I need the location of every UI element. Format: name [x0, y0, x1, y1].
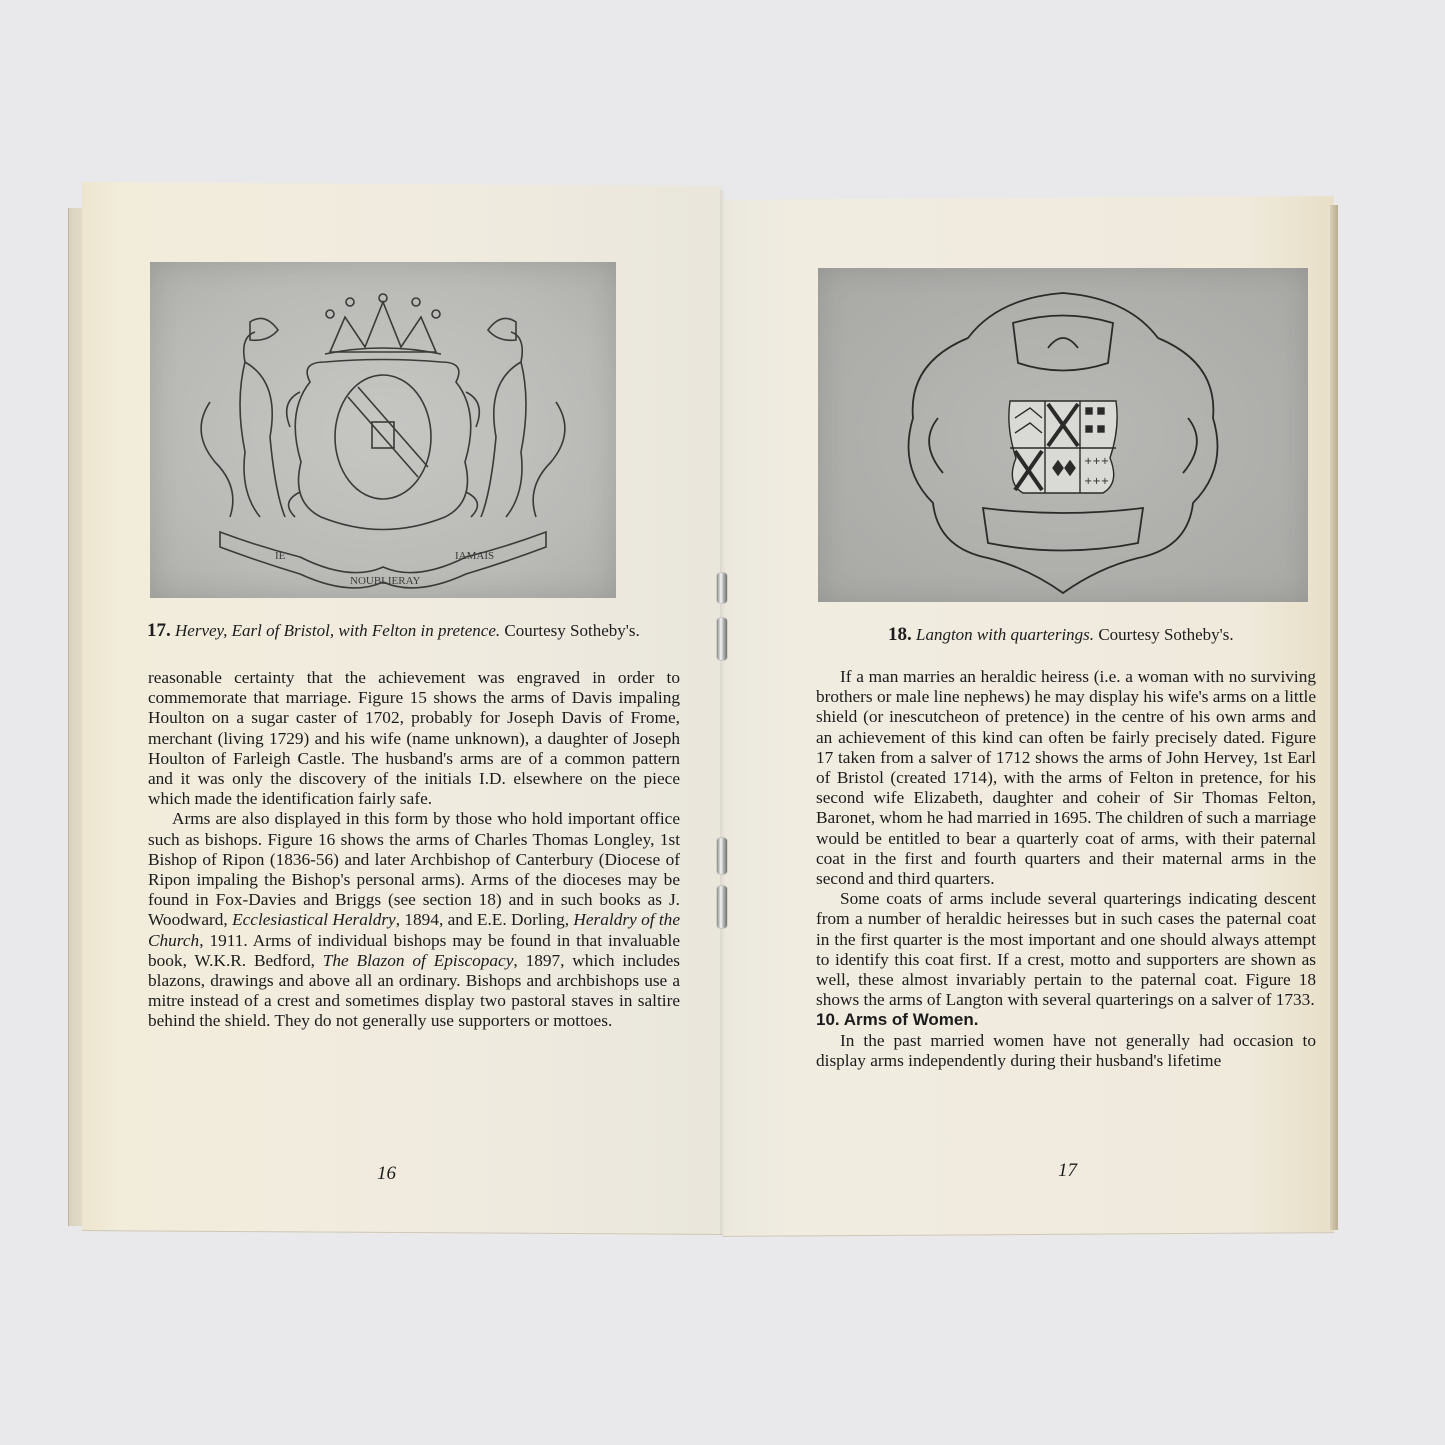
figure-title: Hervey, Earl of Bristol, with Felton in … — [175, 621, 500, 640]
open-booklet: IE NOUBLIERAY IAMAIS 17. Hervey, Earl of… — [0, 0, 1445, 1445]
staple-bottom-upper — [717, 838, 727, 874]
figure-number: 17. — [147, 620, 171, 641]
figure-17-caption: 17. Hervey, Earl of Bristol, with Felton… — [147, 620, 640, 642]
paragraph: reasonable certainty that the achievemen… — [148, 668, 680, 809]
staple-top-lower — [717, 618, 727, 660]
section-heading: 10. Arms of Women. — [816, 1010, 1316, 1030]
staple-bottom-lower — [717, 886, 727, 928]
book-title: Ecclesiastical Heraldry — [232, 910, 396, 929]
figure-credit: Courtesy Sotheby's. — [504, 621, 639, 640]
paragraph: Some coats of arms include several quart… — [816, 889, 1316, 1010]
figure-credit: Courtesy Sotheby's. — [1098, 625, 1233, 644]
figure-18-caption: 18. Langton with quarterings. Courtesy S… — [888, 624, 1234, 646]
svg-text:NOUBLIERAY: NOUBLIERAY — [350, 575, 421, 587]
svg-text:+++: +++ — [1084, 476, 1109, 487]
gutter-fold — [720, 190, 726, 1235]
paragraph: In the past married women have not gener… — [816, 1031, 1316, 1071]
right-page-body: If a man marries an heraldic heiress (i.… — [816, 667, 1316, 1071]
paragraph: If a man marries an heraldic heiress (i.… — [816, 667, 1316, 889]
figure-17-image: IE NOUBLIERAY IAMAIS — [150, 262, 616, 598]
paragraph: Arms are also displayed in this form by … — [148, 809, 680, 1031]
svg-text:IE: IE — [275, 550, 286, 562]
svg-text:+++: +++ — [1084, 456, 1109, 467]
book-title: The Blazon of Episcopacy — [323, 951, 514, 970]
figure-18-image: ++++++ — [818, 268, 1308, 602]
quartered-arms-illustration: ++++++ — [818, 268, 1308, 602]
figure-title: Langton with quarterings. — [916, 625, 1094, 644]
cover-edge — [1330, 205, 1338, 1230]
svg-text:IAMAIS: IAMAIS — [455, 550, 494, 562]
left-page-body: reasonable certainty that the achievemen… — [148, 668, 680, 1032]
coat-of-arms-illustration: IE NOUBLIERAY IAMAIS — [150, 262, 616, 598]
staple-top-upper — [717, 573, 727, 603]
page-number-left: 16 — [377, 1163, 396, 1185]
page-number-right: 17 — [1058, 1160, 1077, 1182]
figure-number: 18. — [888, 624, 912, 645]
